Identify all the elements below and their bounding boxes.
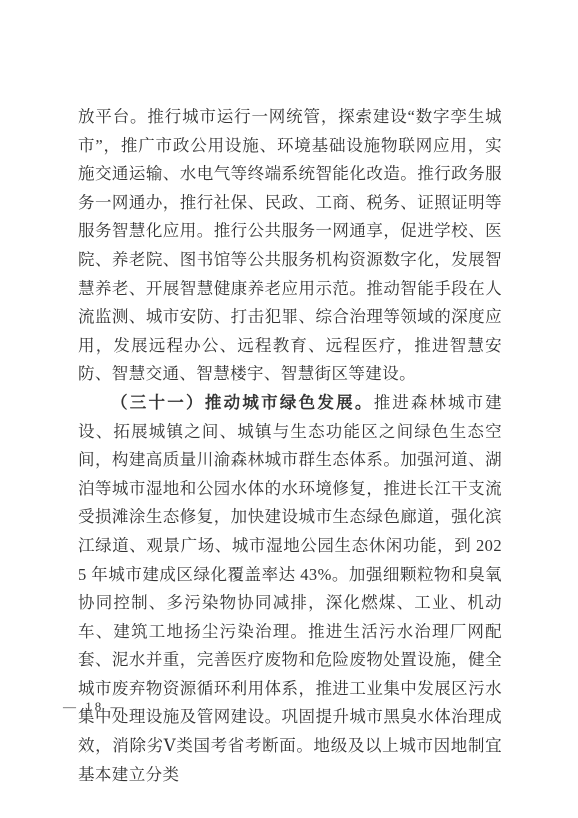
section-31-heading: （三十一）推动城市绿色发展。 <box>111 393 374 412</box>
document-page: 放平台。推行城市运行一网统管，探索建设“数字孪生城市”，推广市政公用设施、环境基… <box>0 0 578 818</box>
document-body: 放平台。推行城市运行一网统管，探索建设“数字孪生城市”，推广市政公用设施、环境基… <box>78 103 502 789</box>
paragraph-continued: 放平台。推行城市运行一网统管，探索建设“数字孪生城市”，推广市政公用设施、环境基… <box>78 103 502 389</box>
page-number: — 18 — <box>63 699 127 715</box>
paragraph-continued-text: 放平台。推行城市运行一网统管，探索建设“数字孪生城市”，推广市政公用设施、环境基… <box>78 107 502 383</box>
section-31-text: 推进森林城市建设、拓展城镇之间、城镇与生态功能区之间绿色生态空间，构建高质量川渝… <box>78 393 502 784</box>
paragraph-section-31: （三十一）推动城市绿色发展。推进森林城市建设、拓展城镇之间、城镇与生态功能区之间… <box>78 389 502 789</box>
